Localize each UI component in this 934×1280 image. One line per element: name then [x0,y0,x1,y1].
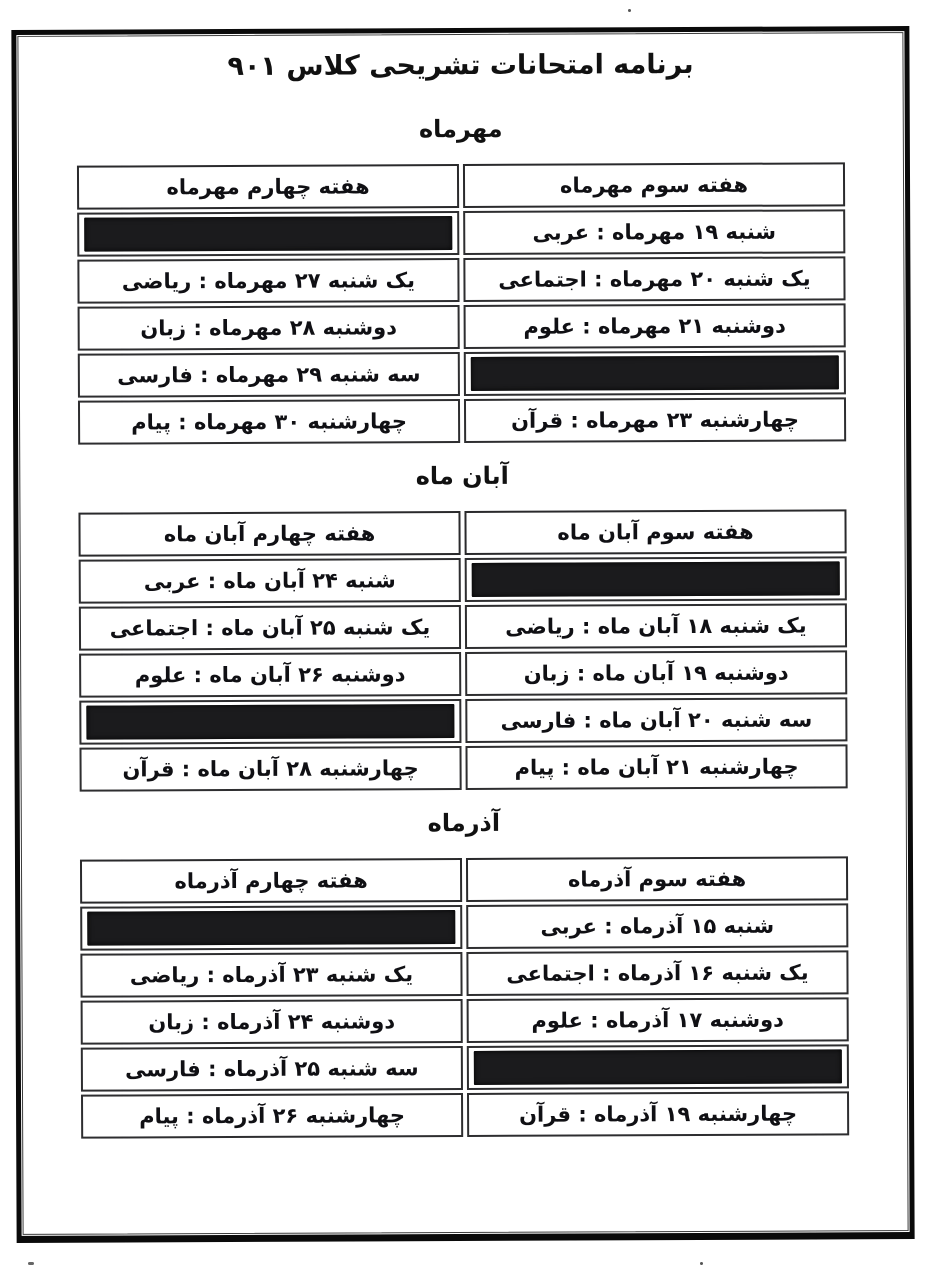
table-row: یک شنبه ۲۳ آذرماه : ریاضی [80,952,462,998]
table-row: دوشنبه ۱۹ آبان ماه : زبان [465,650,847,696]
table-row-redacted [77,211,459,257]
table-row: یک شنبه ۱۶ آذرماه : اجتماعی [466,950,848,996]
week3-column-mehr: هفته سوم مهرماه شنبه ۱۹ مهرماه : عربی یک… [463,162,846,446]
week3-column-azar: هفته سوم آذرماه شنبه ۱۵ آذرماه : عربی یک… [466,856,849,1140]
week4-column-azar: هفته چهارم آذرماه یک شنبه ۲۳ آذرماه : ری… [80,858,463,1142]
table-row: دوشنبه ۲۶ آبان ماه : علوم [79,652,461,698]
schedule-table-mehr: هفته سوم مهرماه شنبه ۱۹ مهرماه : عربی یک… [19,162,904,448]
table-row: سه شنبه ۲۹ مهرماه : فارسی [78,352,460,398]
document-content: برنامه امتحانات تشریحی کلاس ۹۰۱ مهرماه ه… [18,33,907,1234]
table-row: سه شنبه ۲۰ آبان ماه : فارسی [465,697,847,743]
table-row-redacted [464,350,846,396]
table-row: یک شنبه ۱۸ آبان ماه : ریاضی [465,603,847,649]
redaction-bar [472,561,840,597]
table-row: یک شنبه ۲۰ مهرماه : اجتماعی [463,256,845,302]
page-border-inner-line: برنامه امتحانات تشریحی کلاس ۹۰۱ مهرماه ه… [17,32,908,1235]
page-border-frame: برنامه امتحانات تشریحی کلاس ۹۰۱ مهرماه ه… [11,26,914,1243]
column-header: هفته چهارم مهرماه [77,164,459,210]
redaction-bar [86,704,454,740]
table-row: دوشنبه ۱۷ آذرماه : علوم [467,997,849,1043]
table-row-redacted [79,699,461,745]
scan-speck [28,1262,34,1265]
month-heading-azar: آذرماه [22,804,906,842]
table-row-redacted [467,1044,849,1090]
schedule-table-azar: هفته سوم آذرماه شنبه ۱۵ آذرماه : عربی یک… [22,856,907,1142]
scan-speck [700,1262,703,1265]
table-row: شنبه ۱۵ آذرماه : عربی [466,903,848,949]
table-row: دوشنبه ۲۴ آذرماه : زبان [81,999,463,1045]
scan-speck [628,9,631,12]
page-title: برنامه امتحانات تشریحی کلاس ۹۰۱ [18,46,902,86]
table-row-redacted [465,556,847,602]
table-row: یک شنبه ۲۵ آبان ماه : اجتماعی [79,605,461,651]
table-row: چهارشنبه ۲۱ آبان ماه : پیام [465,744,847,790]
table-row: شنبه ۲۴ آبان ماه : عربی [79,558,461,604]
redaction-bar [474,1049,842,1085]
week4-column-aban: هفته چهارم آبان ماه شنبه ۲۴ آبان ماه : ع… [78,511,461,795]
week4-column-mehr: هفته چهارم مهرماه یک شنبه ۲۷ مهرماه : ری… [77,164,460,448]
redaction-bar [471,355,839,391]
table-row: یک شنبه ۲۷ مهرماه : ریاضی [77,258,459,304]
table-row: چهارشنبه ۲۶ آذرماه : پیام [81,1093,463,1139]
column-header: هفته چهارم آذرماه [80,858,462,904]
table-row: چهارشنبه ۳۰ مهرماه : پیام [78,399,460,445]
redaction-bar [87,910,455,946]
table-row: دوشنبه ۲۸ مهرماه : زبان [78,305,460,351]
week3-column-aban: هفته سوم آبان ماه یک شنبه ۱۸ آبان ماه : … [464,509,847,793]
redaction-bar [84,216,452,252]
table-row: چهارشنبه ۲۸ آبان ماه : قرآن [79,746,461,792]
column-header: هفته سوم مهرماه [463,162,845,208]
table-row-redacted [80,905,462,951]
table-row: سه شنبه ۲۵ آذرماه : فارسی [81,1046,463,1092]
table-row: شنبه ۱۹ مهرماه : عربی [463,209,845,255]
column-header: هفته چهارم آبان ماه [78,511,460,557]
month-heading-mehr: مهرماه [19,110,903,148]
month-heading-aban: آبان ماه [20,457,904,495]
schedule-table-aban: هفته سوم آبان ماه یک شنبه ۱۸ آبان ماه : … [20,509,905,795]
table-row: چهارشنبه ۱۹ آذرماه : قرآن [467,1091,849,1137]
table-row: چهارشنبه ۲۳ مهرماه : قرآن [464,397,846,443]
table-row: دوشنبه ۲۱ مهرماه : علوم [464,303,846,349]
column-header: هفته سوم آبان ماه [464,509,846,555]
column-header: هفته سوم آذرماه [466,856,848,902]
